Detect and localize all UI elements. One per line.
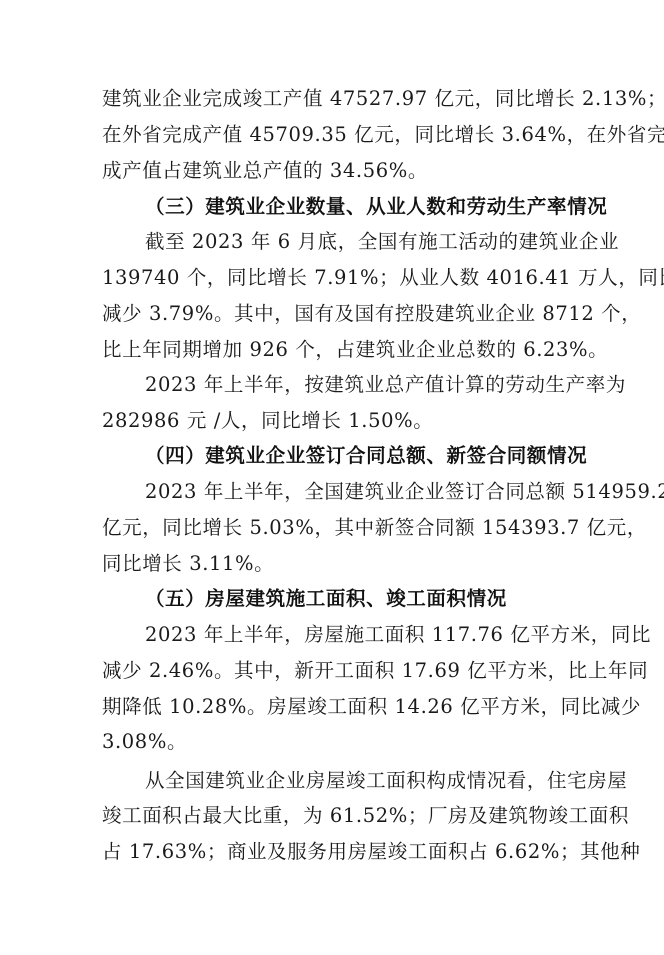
body-line: 2023 年上半年，房屋施工面积 117.76 亿平方米，同比 [145,620,578,650]
section-heading-5: （五）房屋建筑施工面积、竣工面积情况 [145,584,578,614]
body-line: 同比增长 3.11%。 [102,549,578,579]
body-line: 在外省完成产值 45709.35 亿元，同比增长 3.64%，在外省完 [102,120,578,150]
body-line: 2023 年上半年，按建筑业总产值计算的劳动生产率为 [145,370,578,400]
body-line: 占 17.63%；商业及服务用房屋竣工面积占 6.62%；其他种 [102,837,578,867]
body-line: 减少 3.79%。其中，国有及国有控股建筑业企业 8712 个， [102,299,578,329]
body-line: 成产值占建筑业总产值的 34.56%。 [102,156,578,186]
body-line: 截至 2023 年 6 月底，全国有施工活动的建筑业企业 [145,227,578,257]
body-line: 2023 年上半年，全国建筑业企业签订合同总额 514959.2 [145,477,578,507]
body-line: 亿元，同比增长 5.03%，其中新签合同额 154393.7 亿元， [102,513,578,543]
body-line: 3.08%。 [102,727,578,757]
document-page: 建筑业企业完成竣工产值 47527.97 亿元，同比增长 2.13%； 在外省完… [0,0,664,955]
body-line: 期降低 10.28%。房屋竣工面积 14.26 亿平方米，同比减少 [102,692,578,722]
body-line: 139740 个，同比增长 7.91%；从业人数 4016.41 万人，同比 [102,263,578,293]
body-line: 比上年同期增加 926 个，占建筑业企业总数的 6.23%。 [102,335,578,365]
body-line: 从全国建筑业企业房屋竣工面积构成情况看，住宅房屋 [145,766,578,796]
body-line: 竣工面积占最大比重，为 61.52%；厂房及建筑物竣工面积 [102,801,578,831]
section-heading-4: （四）建筑业企业签订合同总额、新签合同额情况 [145,441,578,471]
body-line: 建筑业企业完成竣工产值 47527.97 亿元，同比增长 2.13%； [102,84,578,114]
body-line: 减少 2.46%。其中，新开工面积 17.69 亿平方米，比上年同 [102,656,578,686]
section-heading-3: （三）建筑业企业数量、从业人数和劳动生产率情况 [145,192,578,222]
body-line: 282986 元 /人，同比增长 1.50%。 [102,406,578,436]
